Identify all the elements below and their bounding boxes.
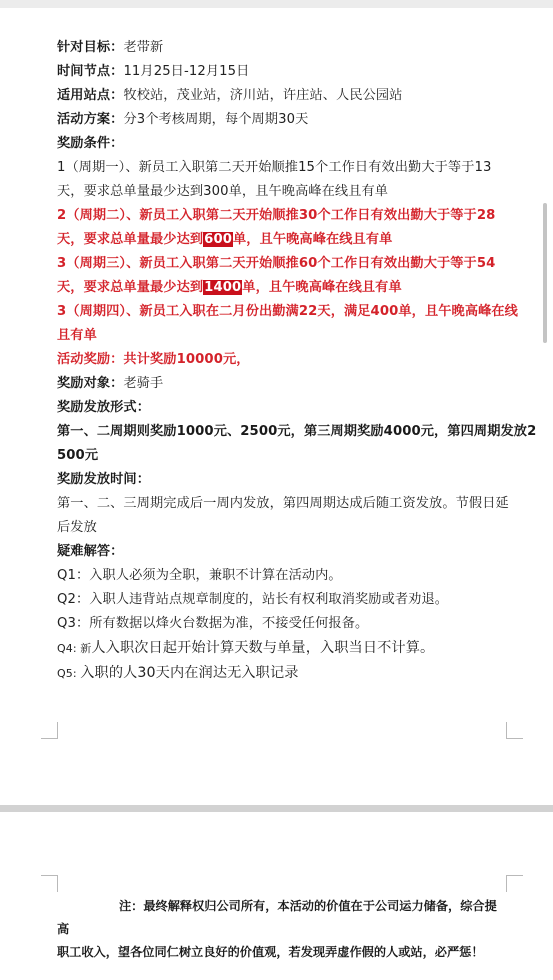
condition-1-line1: 1（周期一）、新员工入职第二天开始顺推15个工作日有效出勤大于等于13 (57, 156, 543, 180)
top-bar (0, 0, 553, 8)
margin-corner-bottom-left (41, 875, 58, 892)
document-page-1: 针对目标：老带新 时间节点：11月25日-12月15日 适用站点：牧校站，茂业站… (0, 8, 553, 805)
margin-corner-top-left (41, 722, 58, 739)
reward-target-line: 奖励对象：老骑手 (57, 372, 543, 396)
total-reward: 活动奖励：共计奖励10000元， (57, 348, 543, 372)
faq-q1: Q1：入职人必须为全职，兼职不计算在活动内。 (57, 564, 543, 588)
payout-time-title: 奖励发放时间： (57, 468, 543, 492)
document-content: 针对目标：老带新 时间节点：11月25日-12月15日 适用站点：牧校站，茂业站… (57, 36, 543, 686)
faq-q2: Q2：入职人违背站点规章制度的，站长有权利取消奖励或者劝退。 (57, 588, 543, 612)
highlight-600: 600 (203, 232, 233, 247)
plan-line: 活动方案：分3个考核周期，每个周期30天 (57, 108, 543, 132)
condition-4-line1: 3（周期四）、新员工入职在二月份出勤满22天，满足400单，且午晚高峰在线 (57, 300, 543, 324)
payout-form-line1: 第一、二周期则奖励1000元、2500元，第三周期奖励4000元，第四周期发放2 (57, 420, 543, 444)
faq-title: 疑难解答： (57, 540, 543, 564)
payout-form-title: 奖励发放形式： (57, 396, 543, 420)
target-line: 针对目标：老带新 (57, 36, 543, 60)
note-line1: 注：最终解释权归公司所有，本活动的价值在于公司运力储备，综合提高 (57, 895, 502, 941)
page-break (0, 805, 553, 812)
faq-q3: Q3：所有数据以烽火台数据为准，不接受任何报备。 (57, 612, 543, 636)
faq-q5: Q5: 入职的人30天内在润达无入职记录 (57, 661, 543, 686)
payout-time-line2: 后发放 (57, 516, 543, 540)
condition-1-line2: 天，要求总单量最少达到300单，且午晚高峰在线且有单 (57, 180, 543, 204)
payout-time-line1: 第一、二、三周期完成后一周内发放，第四周期达成后随工资发放。节假日延 (57, 492, 543, 516)
stations-line: 适用站点：牧校站，茂业站，济川站，许庄站、人民公园站 (57, 84, 543, 108)
condition-4-line2: 且有单 (57, 324, 543, 348)
note-line2: 职工收入，望各位同仁树立良好的价值观，若发现弄虚作假的人或站，必严惩！ (57, 941, 502, 964)
condition-2-line1: 2（周期二）、新员工入职第二天开始顺推30个工作日有效出勤大于等于28 (57, 204, 543, 228)
margin-corner-bottom-right (506, 875, 523, 892)
payout-form-line2: 500元 (57, 444, 543, 468)
condition-2-line2: 天，要求总单量最少达到600单，且午晚高峰在线且有单 (57, 228, 543, 252)
faq-q4: Q4: 新人入职次日起开始计算天数与单量，入职当日不计算。 (57, 636, 543, 661)
margin-corner-top-right (506, 722, 523, 739)
time-line: 时间节点：11月25日-12月15日 (57, 60, 543, 84)
condition-3-line1: 3（周期三）、新员工入职第二天开始顺推60个工作日有效出勤大于等于54 (57, 252, 543, 276)
conditions-title: 奖励条件： (57, 132, 543, 156)
vertical-scrollbar[interactable] (543, 203, 547, 343)
footer-note: 注：最终解释权归公司所有，本活动的价值在于公司运力储备，综合提高 职工收入，望各… (57, 895, 502, 964)
highlight-1400: 1400 (203, 280, 242, 295)
condition-3-line2: 天，要求总单量最少达到1400单，且午晚高峰在线且有单 (57, 276, 543, 300)
